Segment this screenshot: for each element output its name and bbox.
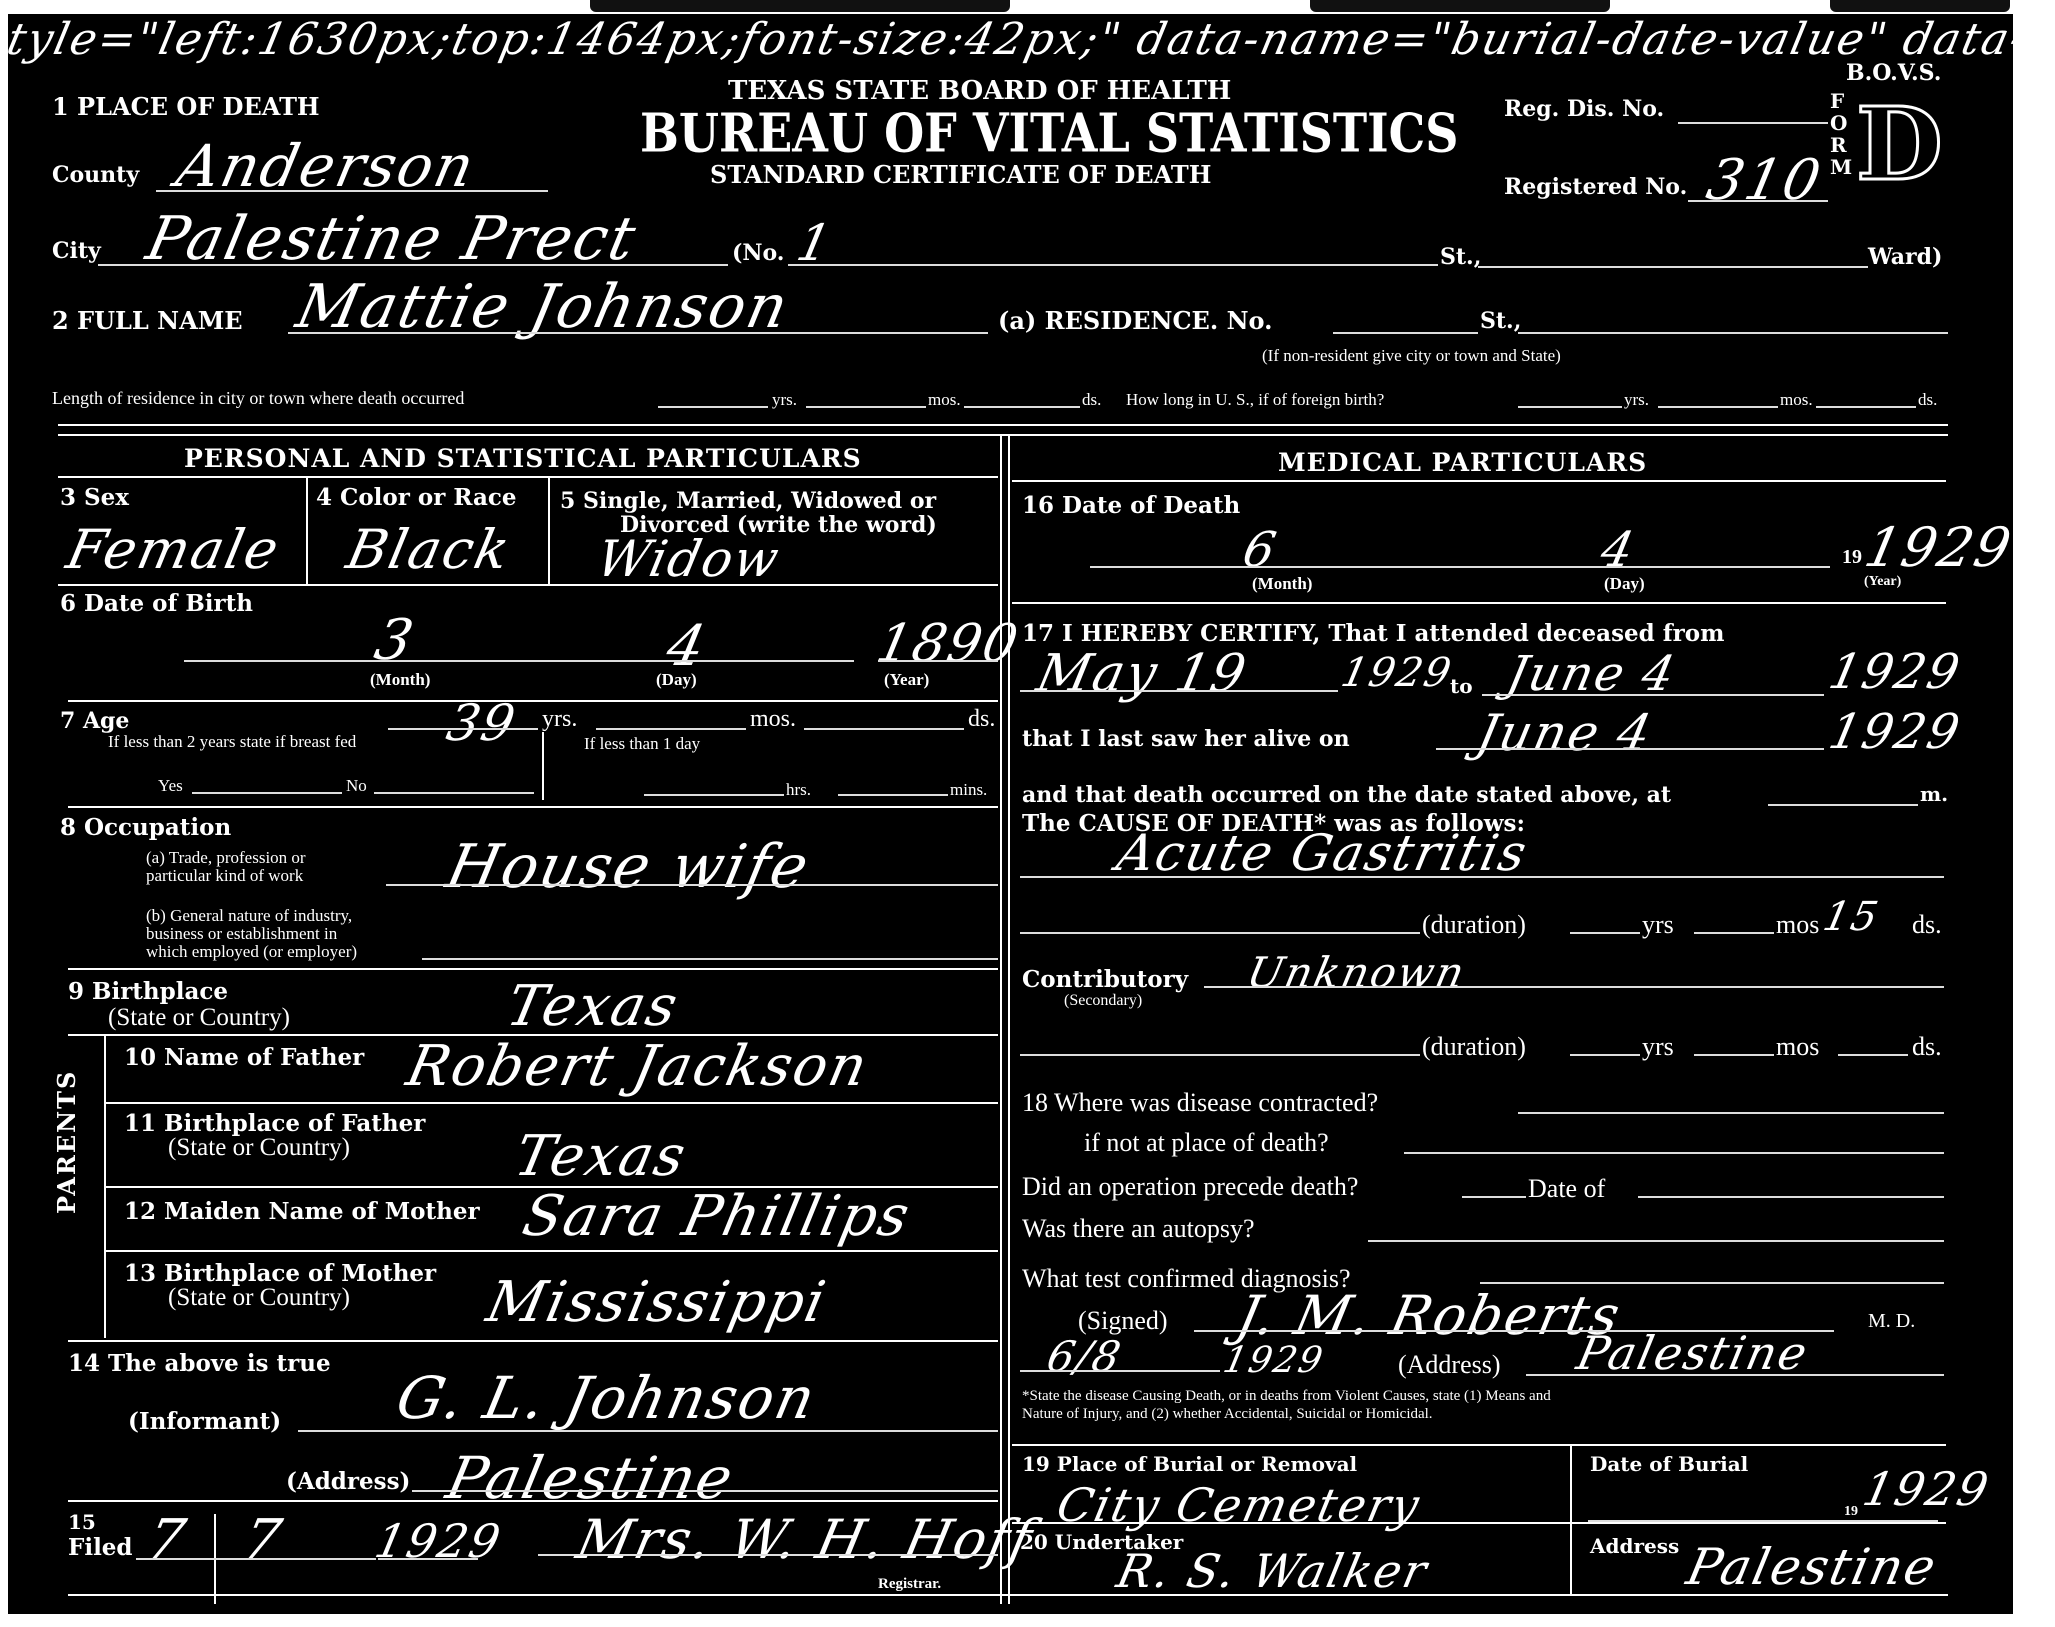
filed-date-line	[136, 1558, 376, 1560]
bottom-border	[68, 1594, 1948, 1596]
registered-no-value[interactable]: 310	[1701, 148, 1828, 213]
physician-address-line	[1526, 1374, 1944, 1376]
signed-date[interactable]: 6/8	[1043, 1332, 1127, 1381]
day-caption: (Day)	[1604, 574, 1645, 594]
dob-year-line	[878, 660, 998, 662]
filed-label: Filed	[68, 1534, 133, 1561]
occupation-label: 8 Occupation	[60, 814, 231, 841]
ward-label: Ward)	[1868, 244, 1942, 270]
autopsy-field[interactable]	[1368, 1240, 1944, 1242]
mins-label: mins.	[950, 780, 987, 800]
occupation-a-line-1: (a) Trade, profession or	[146, 848, 306, 868]
mother-birthplace-value[interactable]: Mississippi	[481, 1270, 832, 1335]
form-vertical-label: FORM	[1830, 90, 1852, 178]
birthplace-value[interactable]: Texas	[501, 974, 685, 1039]
contributory-value[interactable]: Unknown	[1243, 948, 1471, 997]
scan-top-margin	[0, 0, 2055, 14]
age-years[interactable]: 39	[442, 694, 522, 752]
dob-year[interactable]: 1890	[872, 614, 1025, 674]
last-saw-value[interactable]: June 4	[1472, 704, 1658, 762]
physician-signature[interactable]: J. M. Roberts	[1231, 1284, 1627, 1347]
duration2-yrs-label: yrs	[1642, 1032, 1674, 1062]
divider	[58, 584, 998, 586]
footnote-line-1: *State the disease Causing Death, or in …	[1022, 1388, 1551, 1405]
divider	[1012, 480, 1946, 482]
yes-label: Yes	[158, 776, 183, 796]
duration2-mos-label: mos	[1776, 1032, 1819, 1062]
residence-yrs-field[interactable]	[658, 406, 768, 408]
disease-contracted-label: 18 Where was disease contracted?	[1022, 1088, 1378, 1118]
undertaker-address-value[interactable]: Palestine	[1682, 1538, 1943, 1596]
ward-line	[1478, 266, 1868, 268]
mother-birthplace-sublabel: (State or Country)	[168, 1284, 350, 1312]
cause-of-death-value[interactable]: Acute Gastritis	[1112, 824, 1533, 882]
cause-of-death-line	[1020, 876, 1944, 878]
duration-ds-label: ds.	[1912, 910, 1942, 940]
filed-number: 15	[68, 1510, 96, 1534]
certify-statement: 17 I HEREBY CERTIFY, That I attended dec…	[1022, 620, 1724, 647]
reg-dis-label: Reg. Dis. No.	[1504, 96, 1664, 122]
informant-address-line	[412, 1490, 998, 1492]
dob-label: 6 Date of Birth	[60, 590, 253, 617]
divider	[106, 1250, 998, 1252]
bleed-through-ink	[1310, 0, 1610, 12]
attended-to-year[interactable]: 1929	[1824, 644, 1966, 700]
bleed-through-ink	[1830, 0, 2010, 12]
year-caption: (Year)	[884, 670, 929, 690]
duration2-mos-field[interactable]	[1694, 1054, 1774, 1056]
death-certificate: 1 PLACE OF DEATH TEXAS STATE BOARD OF HE…	[8, 14, 2013, 1614]
duration-mos-field[interactable]	[1694, 932, 1774, 934]
footnote-line-2: Nature of Injury, and (2) whether Accide…	[1022, 1406, 1433, 1423]
certificate-subtitle: STANDARD CERTIFICATE OF DEATH	[710, 160, 1211, 189]
sex-label: 3 Sex	[60, 484, 129, 511]
father-name-value[interactable]: Robert Jackson	[401, 1034, 874, 1099]
dob-month[interactable]: 3	[369, 608, 420, 673]
divider	[1012, 1522, 1946, 1524]
street-line	[788, 264, 1438, 266]
informant-label-1: 14 The above is true	[68, 1350, 331, 1377]
secondary-label: (Secondary)	[1064, 992, 1142, 1010]
father-birthplace-label: 11 Birthplace of Father	[124, 1110, 425, 1137]
divider	[58, 424, 1948, 426]
race-label: 4 Color or Race	[316, 484, 517, 511]
occupation-line	[386, 884, 998, 886]
operation-label: Did an operation precede death?	[1022, 1172, 1358, 1202]
duration2-yrs-field[interactable]	[1570, 1054, 1640, 1056]
residence-st-label: St.,	[1480, 308, 1521, 334]
yrs-label-2: yrs.	[1624, 390, 1649, 410]
race-value[interactable]: Black	[341, 518, 517, 581]
foreign-yrs-field[interactable]	[1518, 406, 1622, 408]
attended-from-year[interactable]: 1929	[1337, 650, 1457, 696]
death-occurred-label: and that death occurred on the date stat…	[1022, 782, 1671, 808]
residence-label: (a) RESIDENCE. No.	[998, 306, 1272, 335]
divider	[106, 1102, 998, 1104]
attended-to-line	[1482, 694, 1824, 696]
full-name-label: 2 FULL NAME	[52, 306, 243, 335]
contributory-line	[1204, 986, 1944, 988]
residence-no-field[interactable]	[1333, 332, 1478, 334]
registered-no-label: Registered No.	[1504, 174, 1687, 200]
age-mos-label: mos.	[750, 706, 796, 733]
breast-fed-no-field[interactable]	[374, 792, 534, 794]
informant-line	[298, 1430, 998, 1432]
duration-label: (duration)	[1422, 910, 1526, 940]
parents-vertical-label: PARENTS	[52, 1070, 81, 1214]
form-code-letter: D	[1856, 94, 1943, 194]
city-line	[98, 264, 728, 266]
yrs-label: yrs.	[772, 390, 797, 410]
hrs-label: hrs.	[786, 780, 811, 800]
registrar-signature[interactable]: Mrs. W. H. Hoff	[571, 1508, 1039, 1571]
date-of-death-year[interactable]: 1929	[1859, 516, 2018, 579]
mother-name-label: 12 Maiden Name of Mother	[124, 1198, 480, 1225]
filed-year-line	[378, 1558, 478, 1560]
duration-yrs-label: yrs	[1642, 910, 1674, 940]
mos-label: mos.	[928, 390, 961, 410]
occupation-b-line-1: (b) General nature of industry,	[146, 906, 352, 926]
mins-field[interactable]	[838, 794, 948, 796]
occupation-value[interactable]: House wife	[441, 832, 817, 902]
no-label: No	[346, 776, 367, 796]
age-years-line	[388, 728, 538, 730]
birthplace-label: 9 Birthplace	[68, 978, 228, 1005]
last-saw-label: that I last saw her alive on	[1022, 726, 1350, 752]
not-at-place-label: if not at place of death?	[1084, 1128, 1329, 1158]
ds-label: ds.	[1082, 390, 1101, 410]
filed-day[interactable]: 7	[237, 1508, 288, 1573]
county-line	[156, 190, 548, 192]
column-divider	[1000, 434, 1002, 1604]
not-at-place-field[interactable]	[1404, 1152, 1944, 1154]
breast-fed-yes-field[interactable]	[192, 792, 342, 794]
cell-divider	[306, 478, 308, 584]
contributory-duration-line	[1020, 1054, 1420, 1056]
foreign-birth-label: How long in U. S., if of foreign birth?	[1126, 390, 1384, 410]
marital-value[interactable]: Widow	[592, 530, 786, 588]
registrar-line	[538, 1554, 998, 1556]
bureau-title: BUREAU OF VITAL STATISTICS	[640, 102, 1458, 164]
foreign-ds-field[interactable]	[1816, 406, 1916, 408]
duration-days-value[interactable]: 15	[1819, 894, 1884, 940]
contributory-label: Contributory	[1022, 966, 1188, 993]
duration2-ds-field[interactable]	[1838, 1054, 1908, 1056]
divider	[58, 476, 998, 478]
death-time-field[interactable]	[1768, 804, 1918, 806]
duration-yrs-field[interactable]	[1570, 932, 1640, 934]
undertaker-value[interactable]: R. S. Walker	[1112, 1544, 1433, 1598]
divider	[68, 700, 998, 702]
date-of-death-day[interactable]: 4	[1596, 522, 1640, 578]
cell-divider	[548, 478, 550, 584]
divider	[58, 434, 1948, 436]
cell-divider	[542, 732, 544, 800]
m-label: m.	[1920, 782, 1948, 806]
physician-address-label: (Address)	[1398, 1350, 1501, 1380]
birthplace-sublabel: (State or Country)	[108, 1004, 290, 1032]
registrar-label: Registrar.	[878, 1576, 941, 1593]
registered-no-line	[1688, 200, 1828, 202]
divider	[1012, 602, 1946, 604]
age-ds-label: ds.	[968, 706, 995, 733]
signed-year[interactable]: 1929	[1220, 1340, 1328, 1381]
duration2-ds-label: ds.	[1912, 1032, 1942, 1062]
undertaker-address-label: Address	[1590, 1534, 1679, 1558]
county-label: County	[52, 162, 139, 188]
date-of-death-line	[1090, 566, 1830, 568]
duration-label-2: (duration)	[1422, 1032, 1526, 1062]
occupation-a-line-2: particular kind of work	[146, 866, 303, 886]
city-label: City	[52, 238, 101, 264]
autopsy-label: Was there an autopsy?	[1022, 1214, 1255, 1244]
informant-address-label: (Address)	[286, 1468, 410, 1495]
month-caption: (Month)	[1252, 574, 1312, 594]
residence-note: (If non-resident give city or town and S…	[1262, 346, 1561, 366]
breast-fed-label: If less than 2 years state if breast fed	[108, 732, 356, 752]
medical-section-title: MEDICAL PARTICULARS	[1278, 448, 1647, 477]
burial-year[interactable]: 1929	[1858, 1462, 1995, 1516]
residence-mos-field[interactable]	[806, 406, 926, 408]
death-year-prefix: 19	[1842, 546, 1862, 569]
attended-from-line	[1020, 690, 1338, 692]
cell-divider	[1570, 1446, 1572, 1594]
informant-value[interactable]: G. L. Johnson	[391, 1364, 823, 1432]
year-caption: (Year)	[1864, 574, 1901, 590]
less-than-day-label: If less than 1 day	[584, 734, 700, 754]
burial-date-label: Date of Burial	[1590, 1452, 1748, 1476]
month-caption: (Month)	[370, 670, 430, 690]
physician-address-value[interactable]: Palestine	[1572, 1326, 1813, 1380]
age-ds-field[interactable]	[804, 728, 964, 730]
duration-mos-label: mos	[1776, 910, 1819, 940]
date-of-death-month[interactable]: 6	[1238, 522, 1282, 578]
occupation-b-line-2: business or establishment in	[146, 924, 337, 944]
industry-field[interactable]	[422, 958, 998, 960]
divider	[68, 1500, 998, 1502]
age-mos-field[interactable]	[596, 728, 746, 730]
cause-duration-line	[1020, 932, 1420, 934]
sex-value[interactable]: Female	[61, 518, 286, 581]
personal-section-title: PERSONAL AND STATISTICAL PARTICULARS	[184, 444, 862, 473]
burial-place-label: 19 Place of Burial or Removal	[1022, 1452, 1357, 1476]
marital-label-1: 5 Single, Married, Widowed or	[560, 488, 936, 514]
to-label: to	[1450, 674, 1473, 698]
divider	[1012, 1444, 1946, 1446]
last-saw-year[interactable]: 1929	[1824, 704, 1966, 760]
filed-month[interactable]: 7	[141, 1508, 192, 1573]
md-label: M. D.	[1868, 1310, 1915, 1333]
dob-line	[184, 660, 854, 662]
father-name-label: 10 Name of Father	[124, 1044, 364, 1071]
divider	[68, 1340, 998, 1342]
st-label: St.,	[1440, 244, 1481, 270]
divider	[68, 806, 998, 808]
operation-field[interactable]	[1462, 1196, 1526, 1198]
column-divider	[1008, 434, 1010, 1604]
date-of-death-label: 16 Date of Death	[1022, 492, 1240, 519]
full-name-line	[288, 332, 988, 334]
mos-label-2: mos.	[1780, 390, 1813, 410]
mother-birthplace-label: 13 Birthplace of Mother	[124, 1260, 436, 1287]
father-birthplace-value[interactable]: Texas	[509, 1124, 693, 1189]
signed-date-line	[1020, 1370, 1220, 1372]
father-birthplace-sublabel: (State or Country)	[168, 1134, 350, 1162]
disease-contracted-field[interactable]	[1518, 1112, 1944, 1114]
operation-date-label: Date of	[1528, 1174, 1605, 1204]
age-label: 7 Age	[60, 708, 129, 734]
divider	[68, 968, 998, 970]
informant-label-2: (Informant)	[128, 1408, 281, 1435]
last-saw-line	[1436, 748, 1824, 750]
mother-name-value[interactable]: Sara Phillips	[517, 1184, 917, 1249]
burial-year-prefix: 19	[1844, 1504, 1858, 1520]
no-label: (No.	[732, 240, 784, 266]
foreign-mos-field[interactable]	[1658, 406, 1778, 408]
age-yrs-label: yrs.	[542, 706, 577, 733]
hrs-field[interactable]	[644, 794, 784, 796]
day-caption: (Day)	[656, 670, 697, 690]
residence-length-label: Length of residence in city or town wher…	[52, 388, 464, 409]
residence-st-field[interactable]	[1518, 332, 1948, 334]
occupation-b-line-3: which employed (or employer)	[146, 942, 357, 962]
ds-label-2: ds.	[1918, 390, 1937, 410]
attended-from-value[interactable]: May 19	[1032, 644, 1253, 704]
reg-dis-field[interactable]	[1678, 122, 1828, 124]
residence-ds-field[interactable]	[964, 406, 1080, 408]
place-of-death-heading: 1 PLACE OF DEATH	[52, 92, 320, 121]
operation-date-field[interactable]	[1638, 1196, 1944, 1198]
bleed-through-ink	[590, 0, 1010, 12]
